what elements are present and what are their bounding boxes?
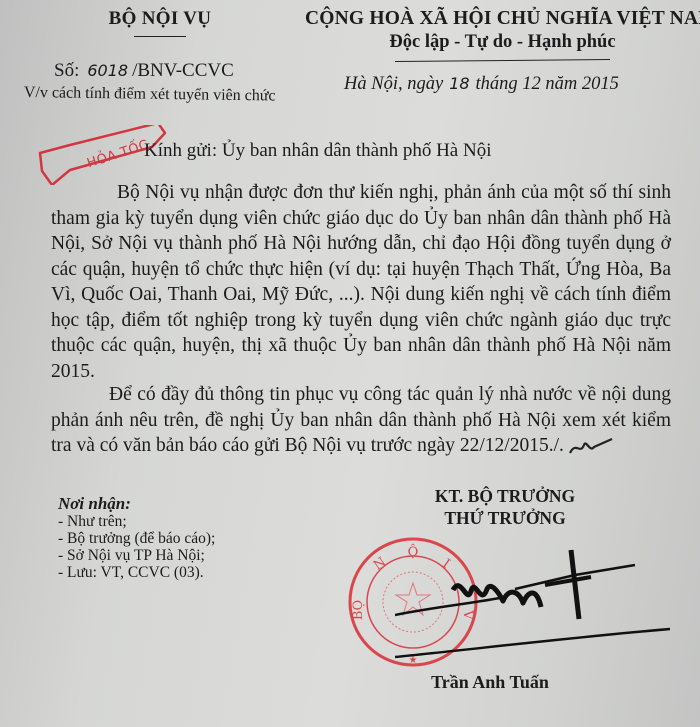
number-suffix: /BNV-CCVC [132, 60, 234, 81]
body-paragraph-1: Bộ Nội vụ nhận được đơn thư kiến nghị, p… [51, 180, 671, 384]
date-line: Hà Nội, ngày18tháng 12 năm 2015 [344, 74, 619, 95]
document-subject: V/v cách tính điểm xét tuyển viên chức [24, 84, 276, 106]
signer-name: Trần Anh Tuấn [410, 672, 570, 693]
recipient-item: - Sở Nội vụ TP Hà Nội; [58, 547, 215, 564]
date-rest: tháng 12 năm 2015 [476, 74, 619, 94]
issuing-authority: BỘ NỘI VỤ [60, 8, 260, 37]
addressee: Kính gửi: Ủy ban nhân dân thành phố Hà N… [144, 140, 492, 162]
handwritten-day: 18 [449, 74, 469, 93]
national-motto: Độc lập - Tự do - Hạnh phúc [305, 32, 700, 53]
title-line-1: KT. BỘ TRƯỞNG [380, 485, 630, 507]
nation-name: CỘNG HOÀ XÃ HỘI CHỦ NGHĨA VIỆT NAM [305, 8, 700, 30]
recipients-list: Nơi nhận: - Như trên; - Bộ trưởng (để bá… [58, 495, 215, 581]
signatory-title: KT. BỘ TRƯỞNG THỨ TRƯỞNG [380, 485, 630, 529]
divider [395, 59, 610, 62]
title-line-2: THỨ TRƯỞNG [380, 507, 630, 529]
ministry-name: BỘ NỘI VỤ [60, 8, 260, 30]
handwritten-number: 6018 [87, 61, 128, 80]
signature-icon [395, 545, 675, 685]
body-paragraph-2: Để có đầy đủ thông tin phục vụ công tác … [51, 382, 671, 459]
recipient-item: - Bộ trưởng (để báo cáo); [58, 530, 215, 547]
recipient-item: - Như trên; [58, 513, 215, 530]
recipient-item: - Lưu: VT, CCVC (03). [58, 564, 215, 581]
divider [134, 36, 186, 37]
document-number: Số:6018/BNV-CCVC [54, 60, 234, 82]
number-label: Số: [54, 60, 79, 81]
date-prefix: Hà Nội, ngày [344, 74, 443, 94]
svg-text:N: N [371, 555, 389, 574]
national-header: CỘNG HOÀ XÃ HỘI CHỦ NGHĨA VIỆT NAM Độc l… [305, 8, 700, 61]
recipients-title: Nơi nhận: [58, 495, 215, 512]
initials-mark-icon [568, 437, 614, 457]
handwritten-signature [395, 545, 675, 685]
svg-text:BỘ: BỘ [350, 600, 366, 620]
